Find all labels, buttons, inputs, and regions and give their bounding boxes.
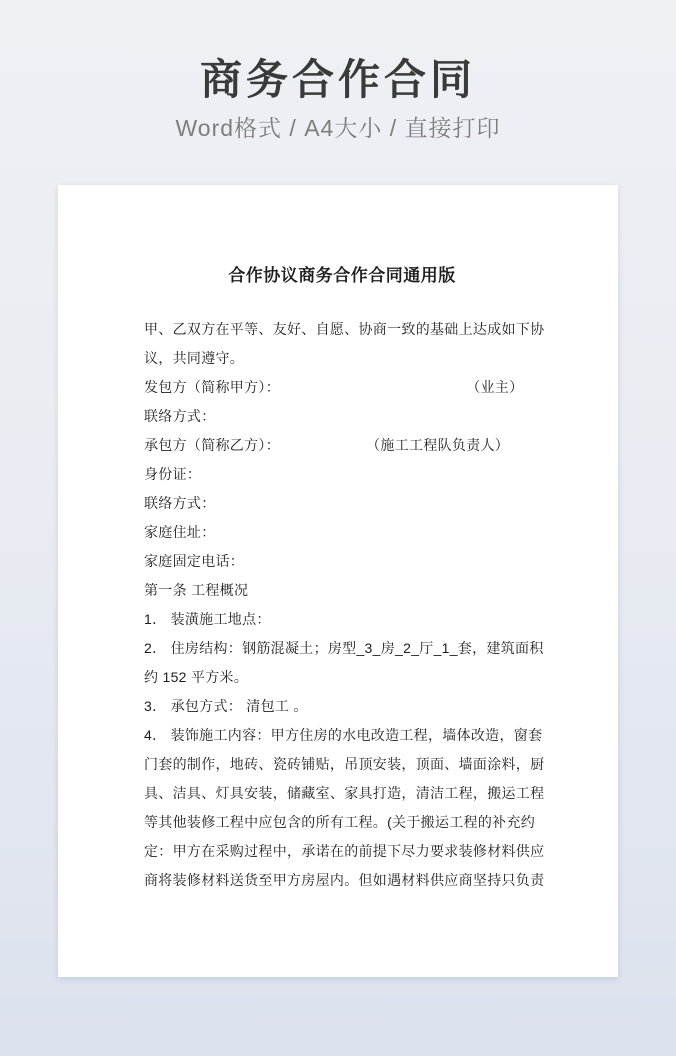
document-line: 商将装修材料送货至甲方房屋内。但如遇材料供应商坚持只负责 xyxy=(144,866,540,895)
document-line: 等其他装修工程中应包含的所有工程。(关于搬运工程的补充约 xyxy=(144,808,540,837)
document-line: 发包方（简称甲方）： （业主） xyxy=(144,373,540,402)
template-header: 商务合作合同 Word格式 / A4大小 / 直接打印 xyxy=(0,0,676,143)
document-line: 议，共同遵守。 xyxy=(144,344,540,373)
document-line: 约 152 平方米。 xyxy=(144,663,540,692)
document-line: 第一条 工程概况 xyxy=(144,576,540,605)
document-title: 合作协议商务合作合同通用版 xyxy=(144,265,540,287)
document-line: 4． 装饰施工内容：甲方住房的水电改造工程，墙体改造，窗套 xyxy=(144,721,540,750)
template-subtitle: Word格式 / A4大小 / 直接打印 xyxy=(0,113,676,143)
document-line: 具、洁具、灯具安装，储藏室、家具打造，清洁工程，搬运工程 xyxy=(144,779,540,808)
document-line: 家庭住址： xyxy=(144,518,540,547)
document-line: 联络方式： xyxy=(144,402,540,431)
document-line: 2． 住房结构：钢筋混凝土；房型_3_房_2_厅_1_套，建筑面积 xyxy=(144,634,540,663)
document-line: 定：甲方在采购过程中，承诺在的前提下尽力要求装修材料供应 xyxy=(144,837,540,866)
document-page: 合作协议商务合作合同通用版 甲、乙双方在平等、友好、自愿、协商一致的基础上达成如… xyxy=(58,185,618,977)
document-line: 身份证： xyxy=(144,460,540,489)
document-line: 承包方（简称乙方）： （施工工程队负责人） xyxy=(144,431,540,460)
document-body: 甲、乙双方在平等、友好、自愿、协商一致的基础上达成如下协议，共同遵守。发包方（简… xyxy=(144,315,540,895)
document-line: 门套的制作，地砖、瓷砖铺贴，吊顶安装，顶面、墙面涂料，厨 xyxy=(144,750,540,779)
document-line: 1． 装潢施工地点： xyxy=(144,605,540,634)
document-line: 联络方式： xyxy=(144,489,540,518)
document-line: 3． 承包方式： 清包工 。 xyxy=(144,692,540,721)
template-title: 商务合作合同 xyxy=(0,54,676,106)
document-line: 家庭固定电话： xyxy=(144,547,540,576)
document-line: 甲、乙双方在平等、友好、自愿、协商一致的基础上达成如下协 xyxy=(144,315,540,344)
